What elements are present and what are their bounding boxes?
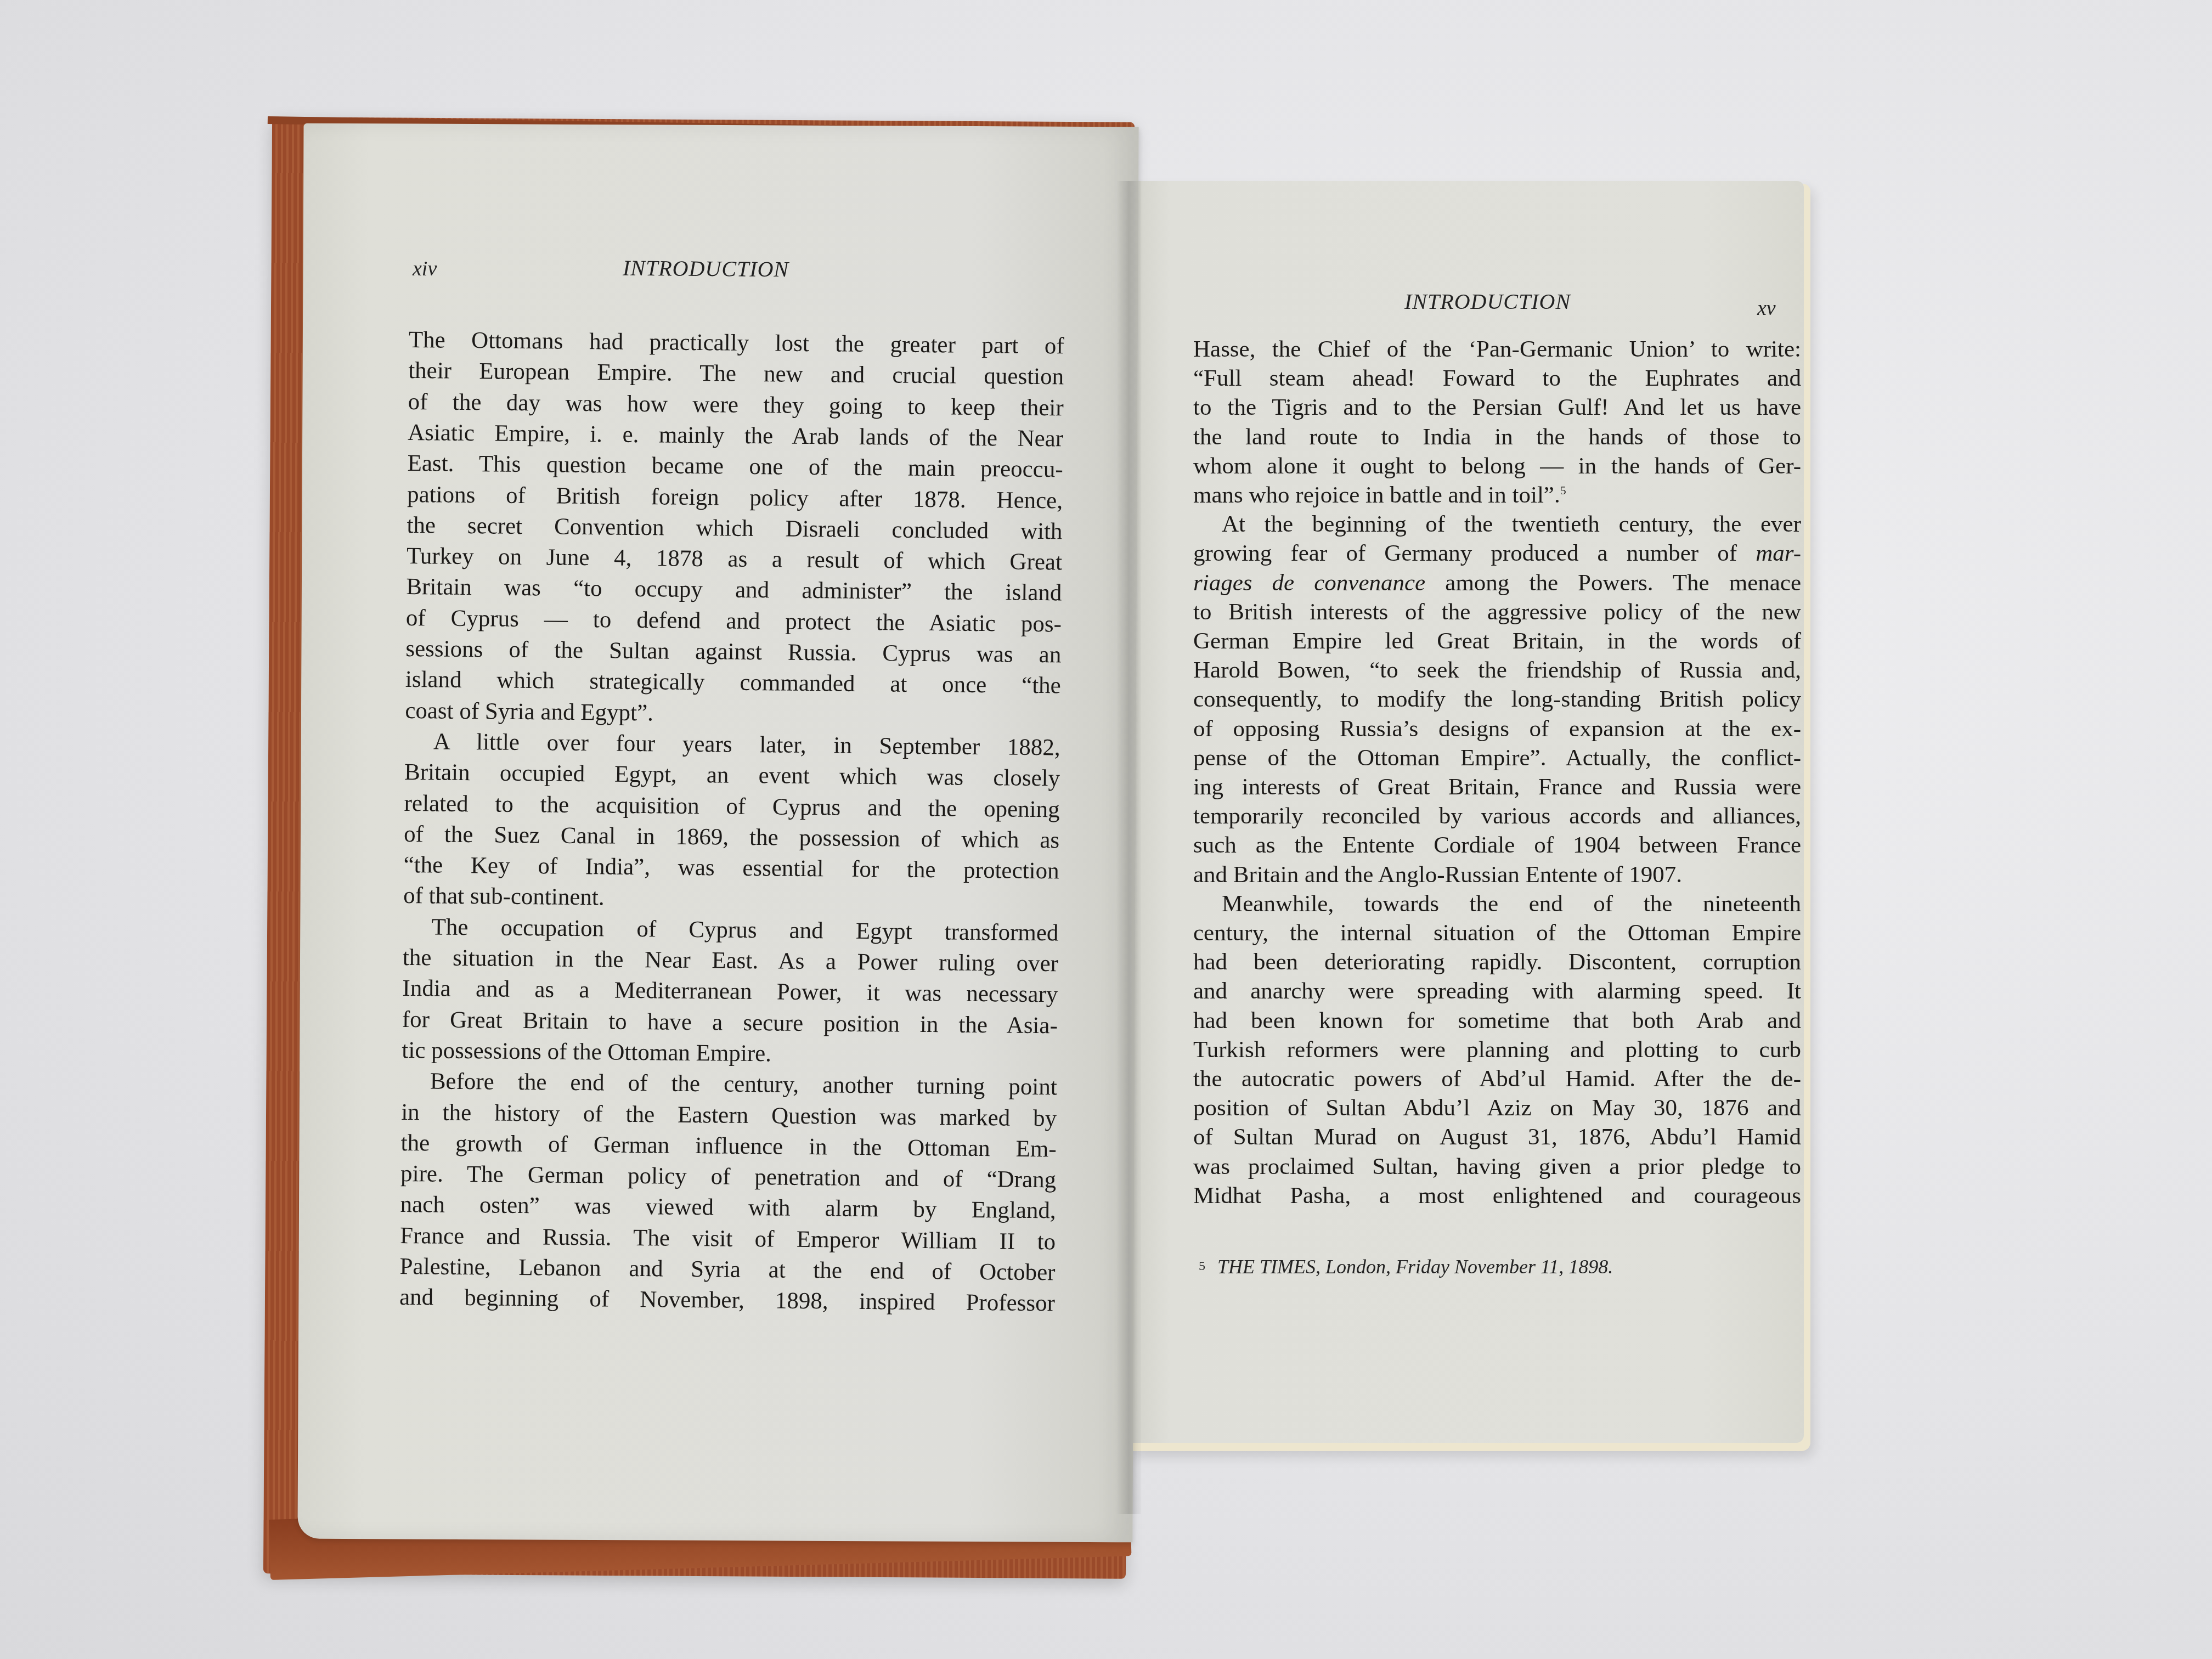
text-line: German Empire led Great Britain, in the …: [1193, 629, 1801, 653]
text-line: temporarily reconciled by various accord…: [1193, 804, 1801, 828]
text-line: century, the internal situation of the O…: [1193, 921, 1801, 945]
text-line: sessions of the Sultan against Russia. C…: [405, 637, 1061, 667]
text-line: Asiatic Empire, i. e. mainly the Arab la…: [408, 421, 1063, 450]
text-line: At the beginning of the twentieth centur…: [1193, 512, 1801, 536]
footnote-number: 5: [1199, 1259, 1205, 1273]
text-line: Hasse, the Chief of the ‘Pan-Germanic Un…: [1193, 337, 1801, 361]
footnote-text: THE TIMES, London, Friday November 11, 1…: [1217, 1256, 1613, 1278]
text-line: A little over four years later, in Septe…: [405, 730, 1060, 759]
text-line: the autocratic powers of Abd’ul Hamid. A…: [1193, 1067, 1801, 1091]
text-line: the situation in the Near East. As a Pow…: [403, 946, 1058, 975]
text-line: Harold Bowen, “to seek the friendship of…: [1193, 658, 1801, 682]
text-line: coast of Syria and Egypt”.: [405, 699, 1060, 729]
text-line: riages de convenance among the Powers. T…: [1193, 571, 1801, 595]
text-line: island which strategically commanded at …: [405, 668, 1061, 697]
text-line: mans who rejoice in battle and in toil”.…: [1193, 483, 1801, 507]
text-line: their European Empire. The new and cruci…: [408, 359, 1064, 388]
text-line: for Great Britain to have a secure posit…: [402, 1008, 1058, 1037]
text-line: the growth of German influence in the Ot…: [401, 1131, 1057, 1161]
text-line: of opposing Russia’s designs of expansio…: [1193, 717, 1801, 741]
right-running-head: INTRODUCTION: [1404, 289, 1571, 314]
text-line: of the day was how were they going to ke…: [408, 390, 1064, 420]
left-folio: xiv: [413, 257, 437, 281]
text-line: and beginning of November, 1898, inspire…: [399, 1285, 1055, 1315]
text-line: East. This question became one of the ma…: [407, 452, 1063, 481]
text-line: whom alone it ought to belong — in the h…: [1193, 454, 1801, 478]
right-folio: xv: [1757, 296, 1776, 320]
text-line: France and Russia. The visit of Emperor …: [400, 1224, 1056, 1254]
footnote: 5THE TIMES, London, Friday November 11, …: [1199, 1255, 1613, 1278]
text-line: Britain was “to occupy and administer” t…: [406, 575, 1062, 605]
text-line: in the history of the Eastern Question w…: [401, 1100, 1057, 1130]
left-running-head: INTRODUCTION: [623, 255, 789, 283]
text-line: Turkish reformers were planning and plot…: [1193, 1038, 1801, 1062]
text-line: India and as a Mediterranean Power, it w…: [402, 977, 1058, 1006]
text-line: and anarchy were spreading with alarming…: [1193, 979, 1801, 1003]
text-line: ing interests of Great Britain, France a…: [1193, 775, 1801, 799]
text-line: Before the end of the century, another t…: [402, 1069, 1057, 1099]
text-line: “the Key of India”, was essential for th…: [403, 853, 1059, 883]
text-line: of Sultan Murad on August 31, 1876, Abdu…: [1193, 1125, 1801, 1149]
text-line: growing fear of Germany produced a numbe…: [1193, 541, 1801, 565]
text-line: related to the acquisition of Cyprus and…: [404, 791, 1059, 821]
text-line: of the Suez Canal in 1869, the possessio…: [404, 822, 1059, 852]
text-line: The occupation of Cyprus and Egypt trans…: [403, 915, 1058, 945]
text-line: and Britain and the Anglo-Russian Entent…: [1193, 863, 1801, 887]
footnote-ref: 5: [1560, 483, 1566, 497]
text-line: of that sub-continent.: [403, 884, 1059, 913]
text-line: Britain occupied Egypt, an event which w…: [404, 760, 1060, 790]
text-line: The Ottomans had practically lost the gr…: [409, 328, 1064, 358]
text-line: to British interests of the aggressive p…: [1193, 600, 1801, 624]
text-line: to the Tigris and to the Persian Gulf! A…: [1193, 396, 1801, 419]
text-line: tic possessions of the Ottoman Empire.: [402, 1039, 1057, 1068]
text-line: position of Sultan Abdu’l Aziz on May 30…: [1193, 1096, 1801, 1120]
text-line: was proclaimed Sultan, having given a pr…: [1193, 1155, 1801, 1178]
right-page-body: Hasse, the Chief of the ‘Pan-Germanic Un…: [1193, 337, 1801, 1204]
left-page-body: The Ottomans had practically lost the gr…: [399, 328, 1064, 1300]
text-line: had been deteriorating rapidly. Disconte…: [1193, 950, 1801, 974]
text-line: pire. The German policy of penetration a…: [400, 1162, 1056, 1192]
book-gutter: [1116, 181, 1141, 1514]
text-line: nach osten” was viewed with alarm by Eng…: [400, 1193, 1056, 1222]
text-line: consequently, to modify the long-standin…: [1193, 687, 1801, 711]
text-line: of Cyprus — to defend and protect the As…: [406, 606, 1062, 636]
text-line: Midhat Pasha, a most enlightened and cou…: [1193, 1184, 1801, 1207]
text-line: Meanwhile, towards the end of the ninete…: [1193, 892, 1801, 916]
text-line: had been known for sometime that both Ar…: [1193, 1009, 1801, 1032]
text-line: pations of British foreign policy after …: [407, 482, 1063, 512]
text-line: Palestine, Lebanon and Syria at the end …: [399, 1255, 1055, 1284]
text-line: “Full steam ahead! Foward to the Euphrat…: [1193, 366, 1801, 390]
text-line: Turkey on June 4, 1878 as a result of wh…: [407, 544, 1062, 574]
text-line: pense of the Ottoman Empire”. Actually, …: [1193, 746, 1801, 770]
text-line: the land route to India in the hands of …: [1193, 425, 1801, 449]
text-line: the secret Convention which Disraeli con…: [407, 513, 1062, 543]
text-line: such as the Entente Cordiale of 1904 bet…: [1193, 833, 1801, 857]
